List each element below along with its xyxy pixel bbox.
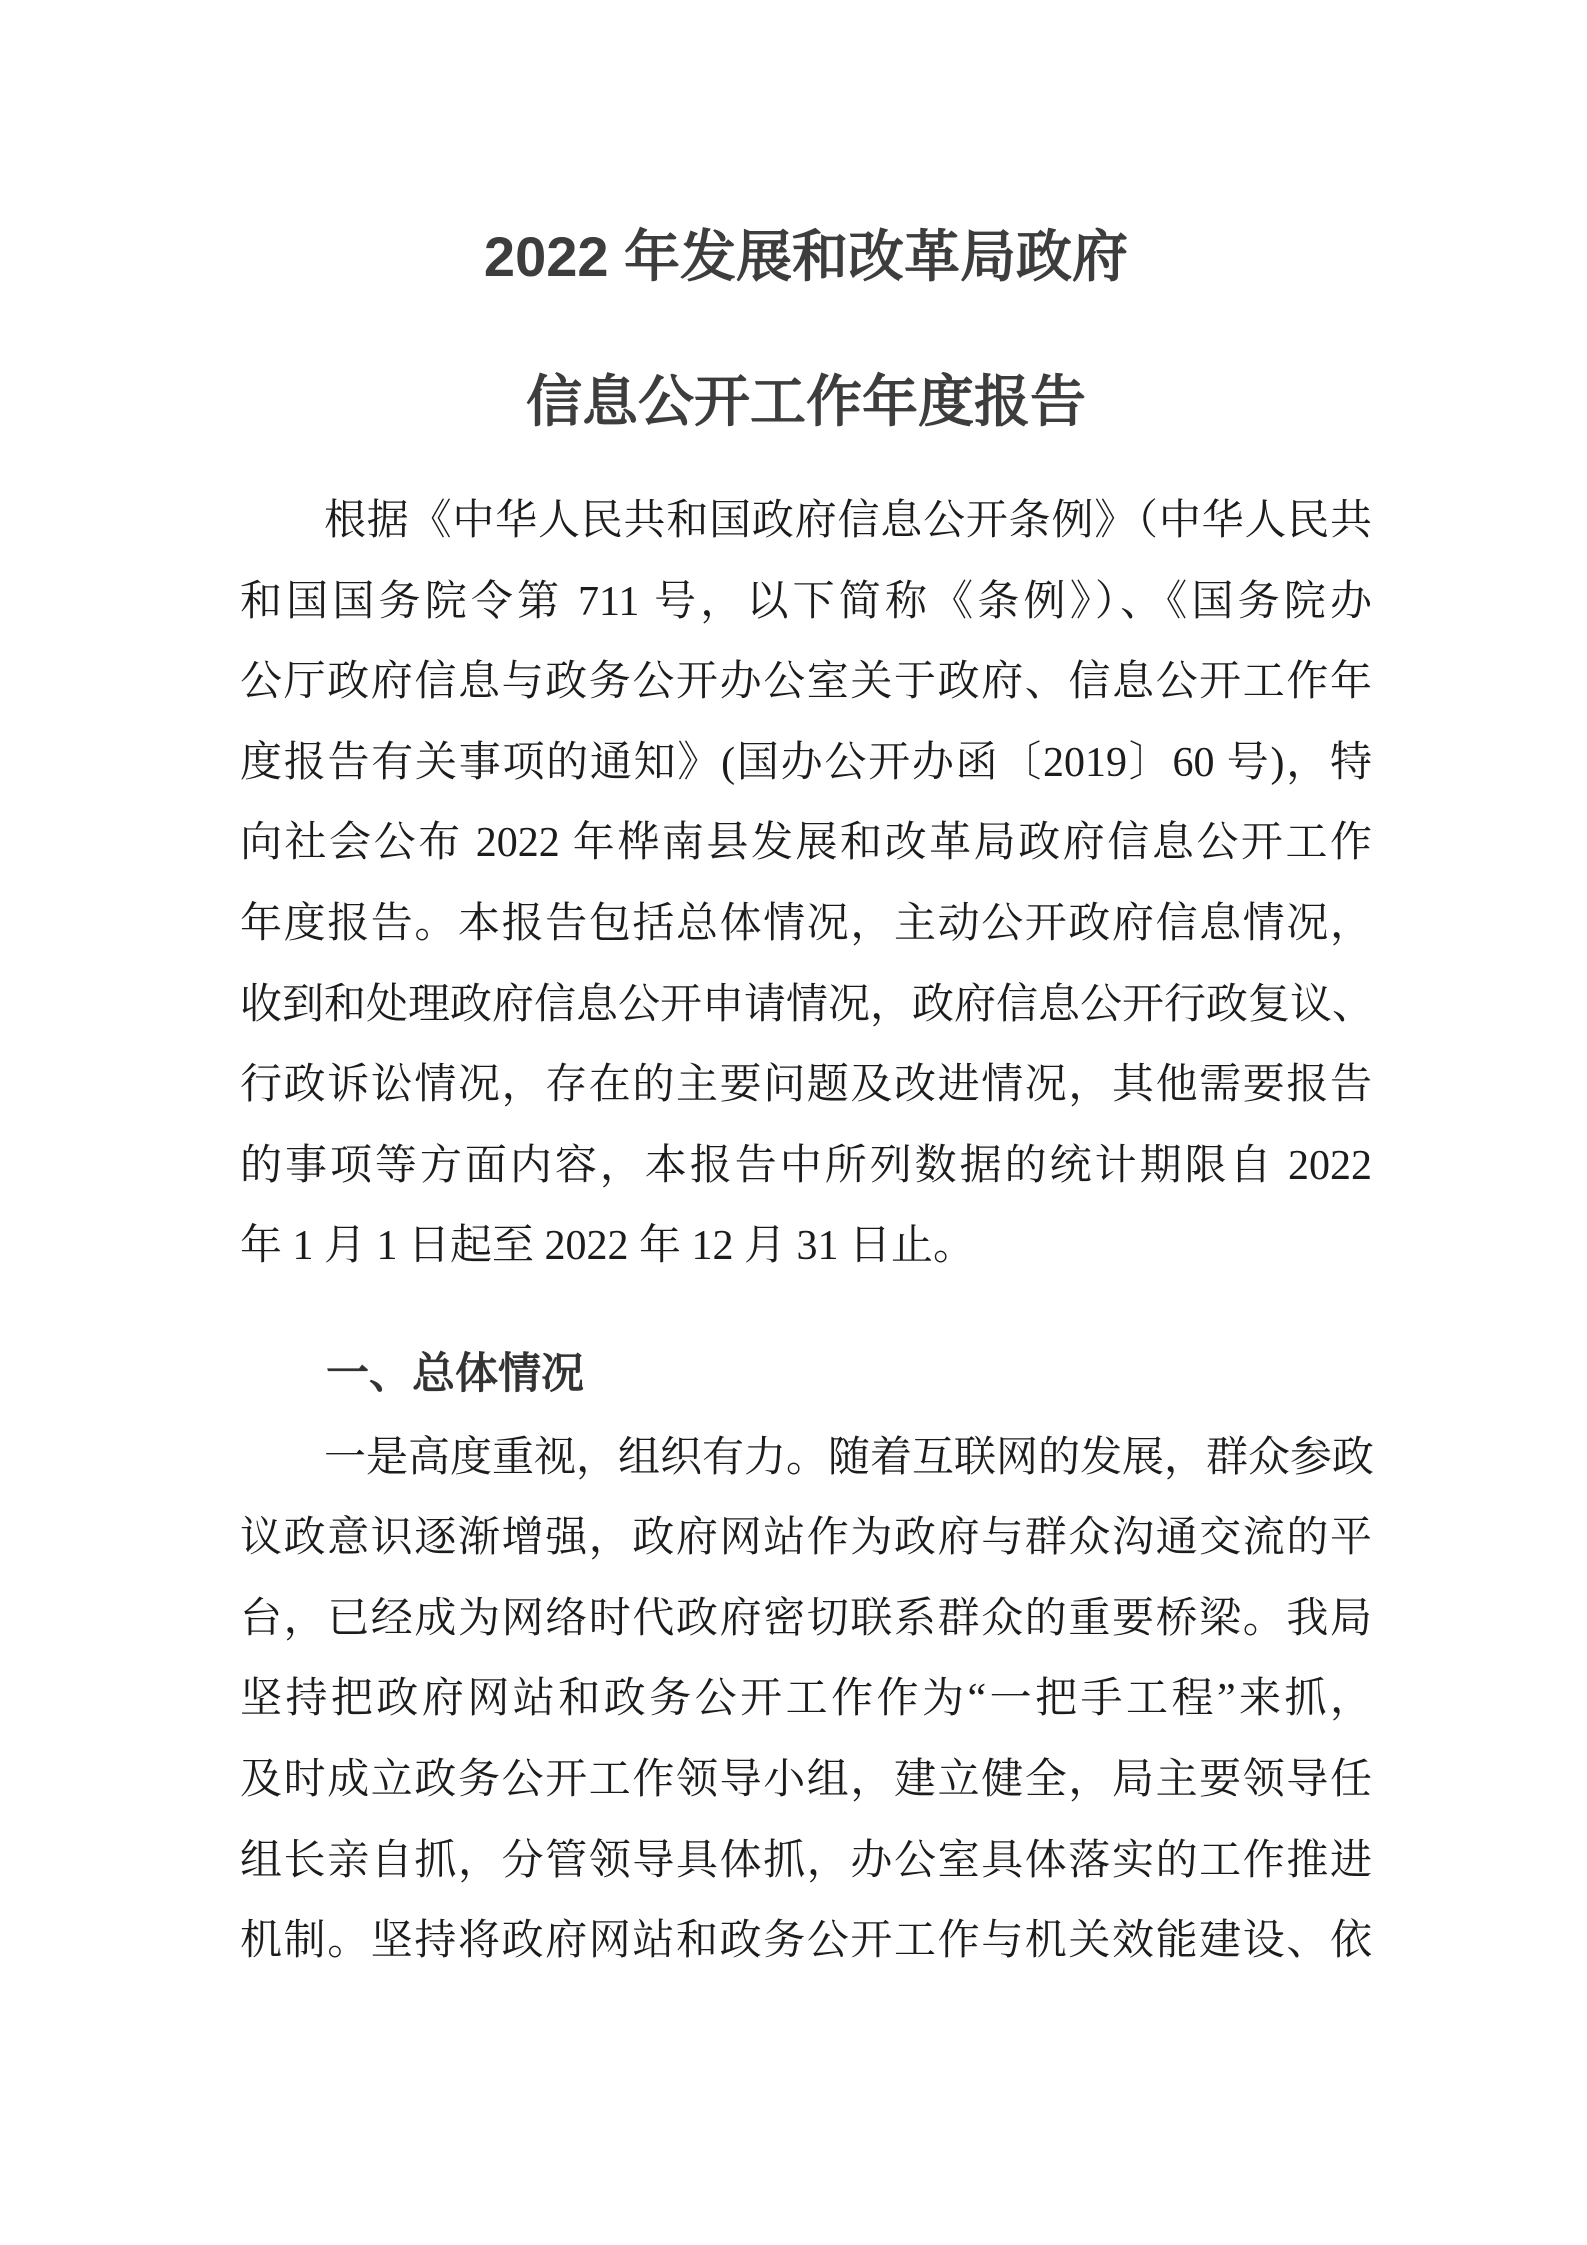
doc-line: 及时成立政务公开工作领导小组，建立健全，局主要领导任 [240, 1740, 1372, 1821]
doc-line: 年 1 月 1 日起至 2022 年 12 月 31 日止。 [240, 1206, 1372, 1287]
section1-paragraph: 一是高度重视，组织有力。随着互联网的发展，群众参政 议政意识逐渐增强，政府网站作… [240, 1418, 1372, 1982]
document-title: 2022 年发展和改革局政府 信息公开工作年度报告 [240, 184, 1372, 474]
doc-line: 坚持把政府网站和政务公开工作作为“一把手工程”来抓， [240, 1659, 1372, 1740]
doc-line: 议政意识逐渐增强，政府网站作为政府与群众沟通交流的平 [240, 1498, 1372, 1579]
doc-line: 一是高度重视，组织有力。随着互联网的发展，群众参政 [240, 1418, 1372, 1499]
section-heading-overall-situation: 一、总体情况 [240, 1334, 1372, 1415]
doc-line: 年度报告。本报告包括总体情况，主动公开政府信息情况， [240, 884, 1372, 965]
doc-line: 组长亲自抓，分管领导具体抓，办公室具体落实的工作推进 [240, 1821, 1372, 1902]
doc-line: 行政诉讼情况，存在的主要问题及改进情况，其他需要报告 [240, 1045, 1372, 1126]
document-title-line-1: 2022 年发展和改革局政府 [240, 184, 1372, 329]
doc-line: 和国国务院令第 711 号，以下简称《条例》）、《国务院办 [240, 562, 1372, 643]
doc-line: 公厅政府信息与政务公开办公室关于政府、信息公开工作年 [240, 642, 1372, 723]
doc-line: 机制。坚持将政府网站和政务公开工作与机关效能建设、依 [240, 1901, 1372, 1982]
doc-line: 台，已经成为网络时代政府密切联系群众的重要桥梁。我局 [240, 1579, 1372, 1660]
doc-line: 根据《中华人民共和国政府信息公开条例》（中华人民共 [240, 481, 1372, 562]
document-content: 2022 年发展和改革局政府 信息公开工作年度报告 根据《中华人民共和国政府信息… [240, 0, 1372, 1982]
doc-line: 收到和处理政府信息公开申请情况，政府信息公开行政复议、 [240, 965, 1372, 1046]
doc-line: 向社会公布 2022 年桦南县发展和改革局政府信息公开工作 [240, 803, 1372, 884]
doc-line: 度报告有关事项的通知》(国办公开办函〔2019〕60 号)，特 [240, 723, 1372, 804]
intro-paragraph: 根据《中华人民共和国政府信息公开条例》（中华人民共 和国国务院令第 711 号，… [240, 481, 1372, 1287]
document-title-line-2: 信息公开工作年度报告 [240, 329, 1372, 474]
doc-line: 的事项等方面内容，本报告中所列数据的统计期限自 2022 [240, 1126, 1372, 1207]
document-page: 2022 年发展和改革局政府 信息公开工作年度报告 根据《中华人民共和国政府信息… [0, 0, 1587, 2245]
